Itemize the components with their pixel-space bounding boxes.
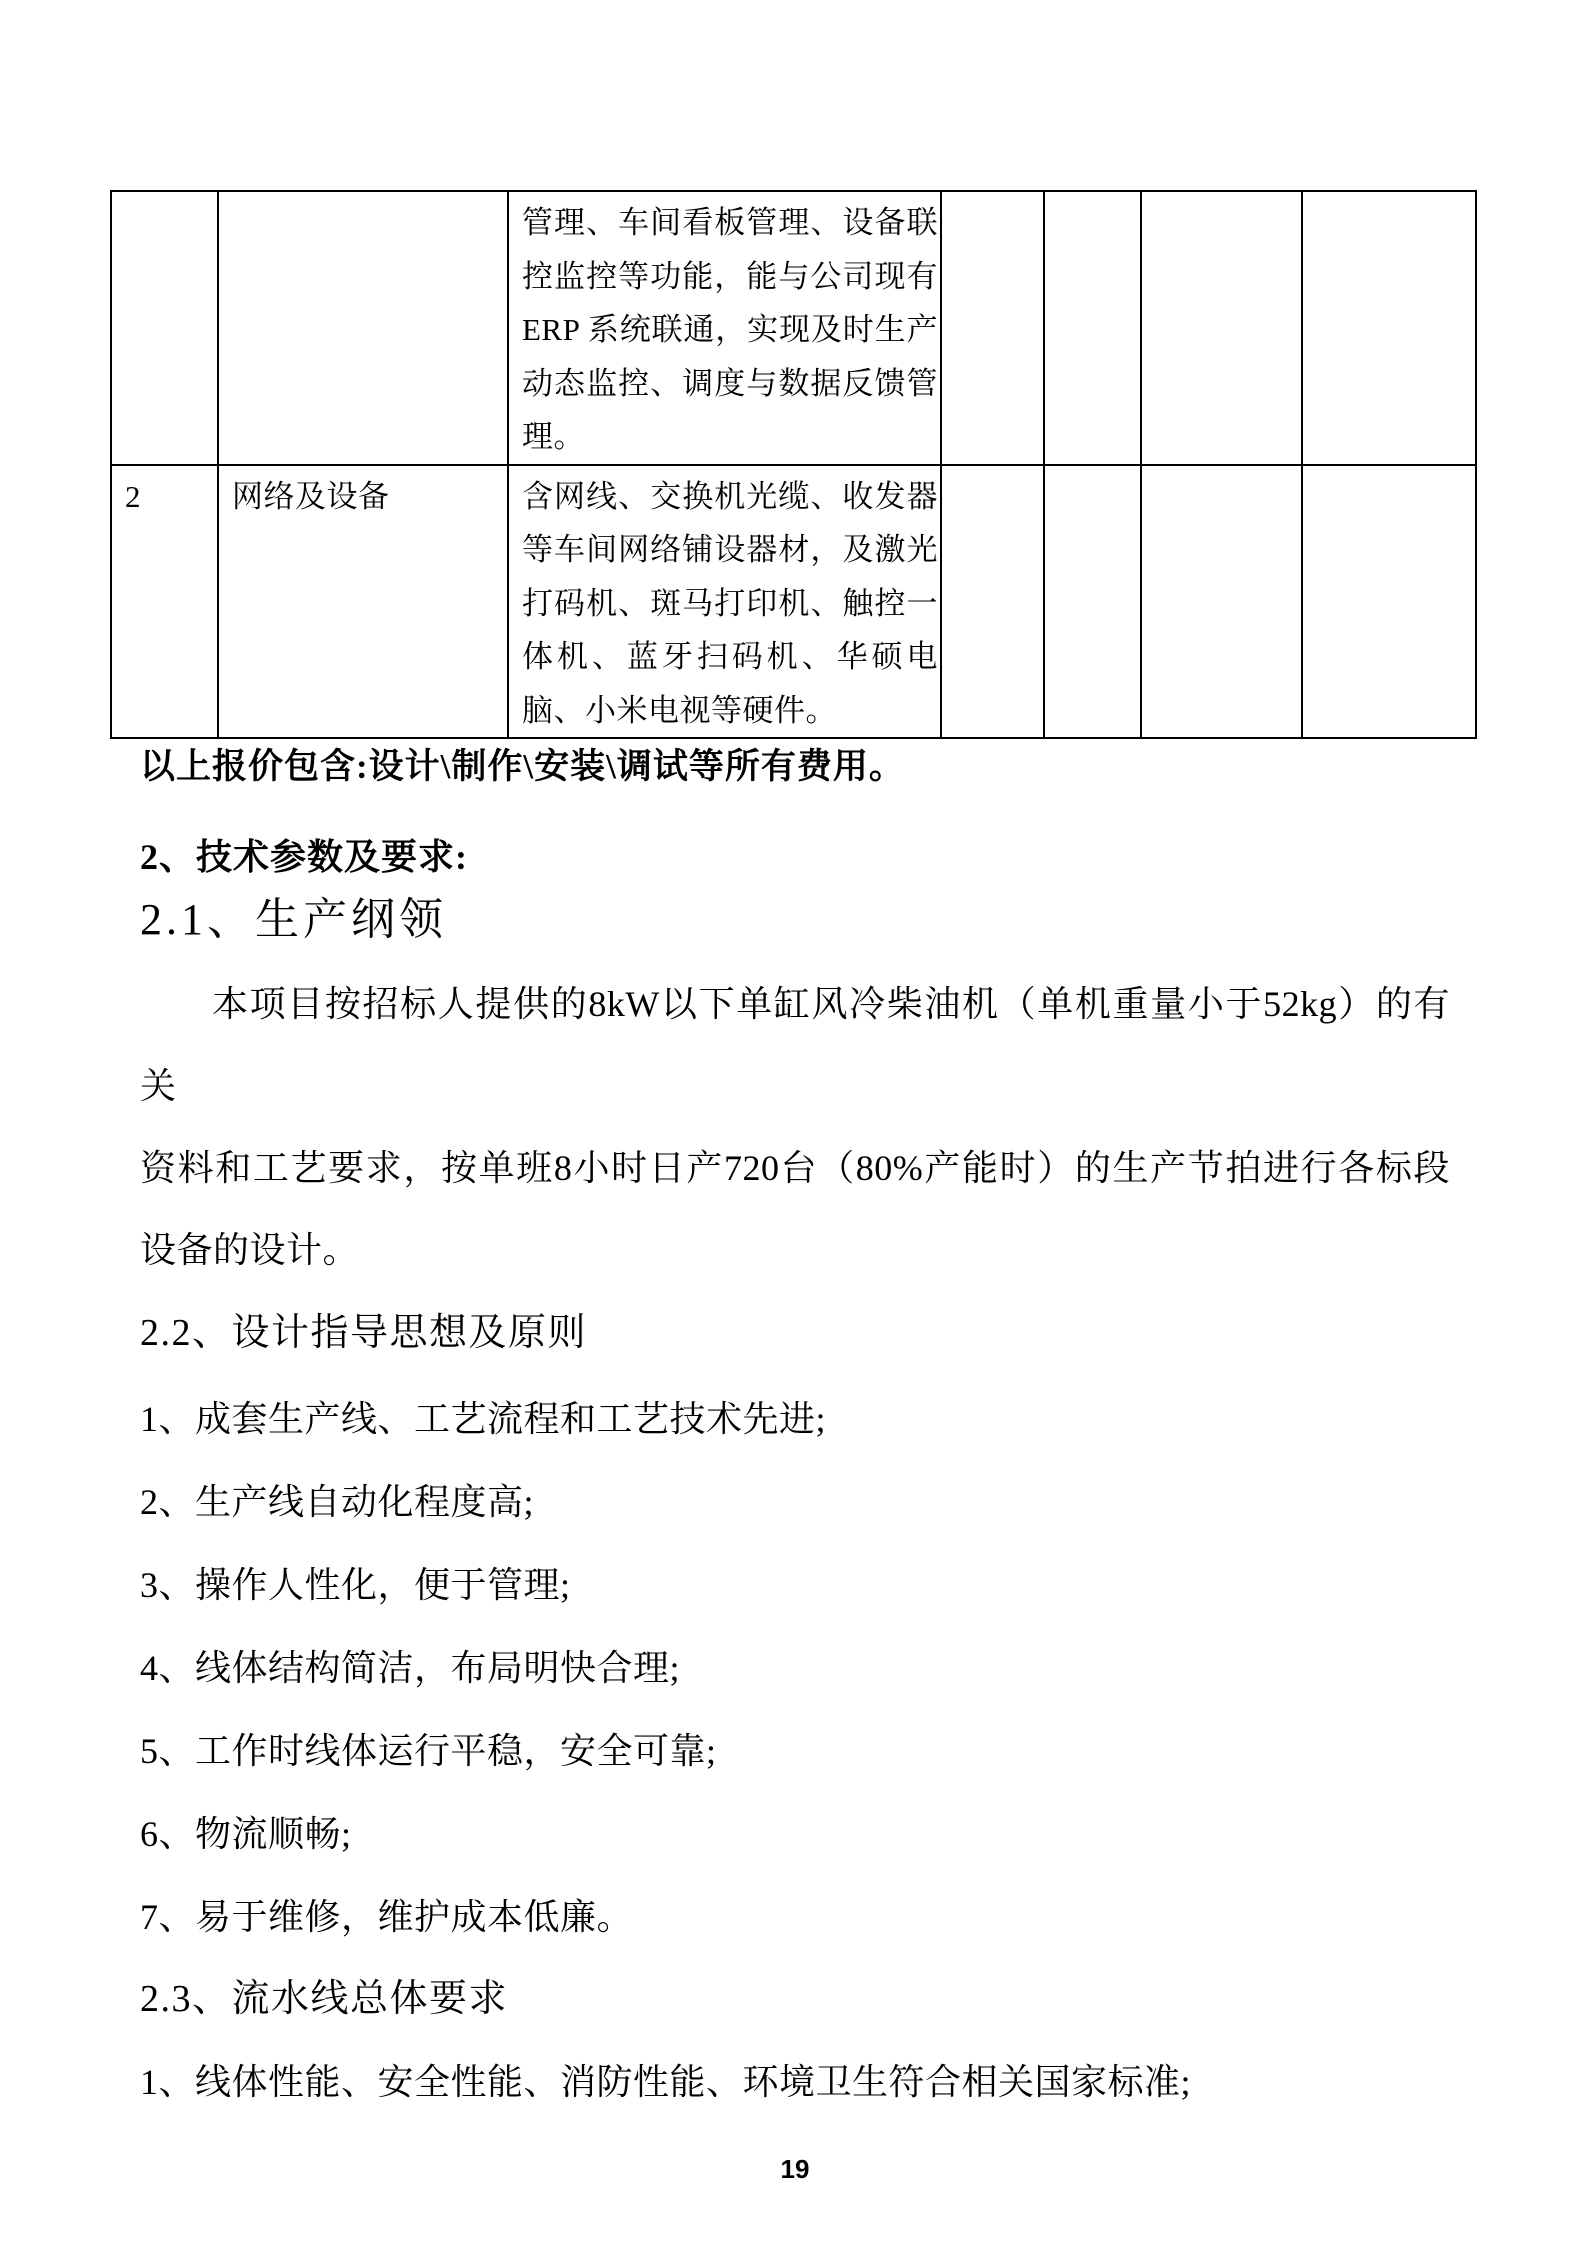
section-2-1-heading: 2.1、生产纲领: [140, 892, 1450, 948]
page-number: 19: [140, 2154, 1450, 2184]
list-item: 3、操作人性化，便于管理;: [140, 1544, 1450, 1627]
table-cell-empty: [1044, 465, 1141, 739]
list-item: 5、工作时线体运行平稳，安全可靠;: [140, 1710, 1450, 1793]
list-item: 1、线体性能、安全性能、消防性能、环境卫生符合相关国家标准;: [140, 2041, 1450, 2124]
section-2-heading: 2、技术参数及要求:: [140, 832, 1450, 882]
list-item: 4、线体结构简洁，布局明快合理;: [140, 1627, 1450, 1710]
production-program-paragraph-line: 设备的设计。: [140, 1209, 1450, 1291]
production-program-paragraph-line: 本项目按招标人提供的8kW以下单缸风冷柴油机（单机重量小于52kg）的有关: [140, 963, 1450, 1127]
document-page: 管理、车间看板管理、设备联控监控等功能，能与公司现有ERP 系统联通，实现及时生…: [0, 0, 1587, 2245]
document-body: 以上报价包含:设计\制作\安装\调试等所有费用。 2、技术参数及要求: 2.1、…: [140, 728, 1450, 2184]
quotation-table: 管理、车间看板管理、设备联控监控等功能，能与公司现有ERP 系统联通，实现及时生…: [110, 190, 1477, 739]
table-cell-empty: [941, 191, 1044, 465]
row2-no-cell: 2: [111, 465, 218, 739]
list-item: 6、物流顺畅;: [140, 1793, 1450, 1876]
table-cell-empty: [941, 465, 1044, 739]
table-cell-empty: [1141, 191, 1302, 465]
table-row: 2 网络及设备 含网线、交换机光缆、收发器等车间网络铺设器材，及激光打码机、斑马…: [111, 465, 1476, 739]
price-inclusion-statement: 以上报价包含:设计\制作\安装\调试等所有费用。: [140, 744, 1450, 790]
section-2-2-heading: 2.2、设计指导思想及原则: [140, 1307, 1450, 1359]
table-cell-empty: [1141, 465, 1302, 739]
production-program-paragraph-line: 资料和工艺要求，按单班8小时日产720台（80%产能时）的生产节拍进行各标段: [140, 1127, 1450, 1209]
row1-name-cell: [218, 191, 508, 465]
row1-no-cell: [111, 191, 218, 465]
table-row: 管理、车间看板管理、设备联控监控等功能，能与公司现有ERP 系统联通，实现及时生…: [111, 191, 1476, 465]
design-principles-list: 1、成套生产线、工艺流程和工艺技术先进; 2、生产线自动化程度高; 3、操作人性…: [140, 1378, 1450, 1959]
row2-name-cell: 网络及设备: [218, 465, 508, 739]
row1-description-cell: 管理、车间看板管理、设备联控监控等功能，能与公司现有ERP 系统联通，实现及时生…: [508, 191, 941, 465]
list-item: 2、生产线自动化程度高;: [140, 1461, 1450, 1544]
row2-description-cell: 含网线、交换机光缆、收发器等车间网络铺设器材，及激光打码机、斑马打印机、触控一体…: [508, 465, 941, 739]
list-item: 7、易于维修，维护成本低廉。: [140, 1876, 1450, 1959]
table-cell-empty: [1302, 465, 1476, 739]
table-cell-empty: [1302, 191, 1476, 465]
list-item: 1、成套生产线、工艺流程和工艺技术先进;: [140, 1378, 1450, 1461]
section-2-3-heading: 2.3、流水线总体要求: [140, 1973, 1450, 2025]
table-cell-empty: [1044, 191, 1141, 465]
